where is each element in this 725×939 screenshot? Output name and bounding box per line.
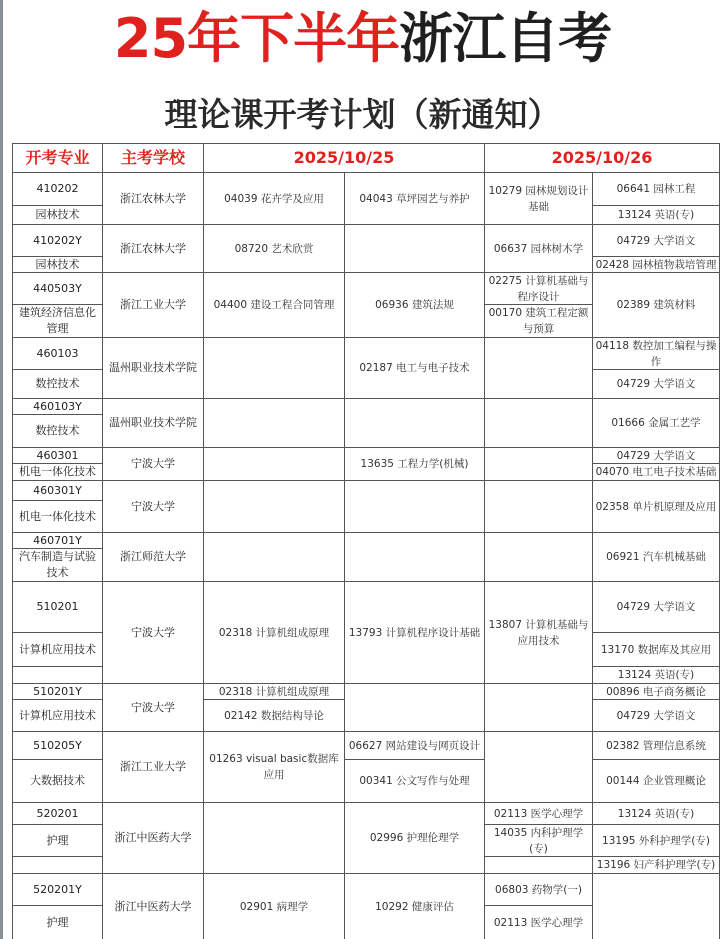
empty-cell	[592, 873, 720, 939]
empty-cell	[203, 337, 345, 399]
major-code: 510201Y	[12, 683, 103, 700]
course-cell: 10292 健康评估	[344, 873, 485, 939]
course-cell: 13170 数据库及其应用	[592, 632, 720, 667]
major-code: 460301Y	[12, 480, 103, 501]
course-cell: 02318 计算机组成原理	[203, 683, 345, 700]
major-name: 护理	[12, 824, 103, 857]
course-cell: 04070 电工电子技术基础	[592, 463, 720, 481]
school-name: 温州职业技术学院	[102, 398, 204, 448]
major-code: 510205Y	[12, 731, 103, 760]
course-cell: 02358 单片机原理及应用	[592, 480, 720, 533]
major-code: 410202Y	[12, 224, 103, 257]
empty-cell	[484, 731, 593, 803]
course-cell: 04729 大学语文	[592, 369, 720, 399]
school-name: 宁波大学	[102, 581, 204, 684]
course-cell: 14035 内科护理学(专)	[484, 824, 593, 857]
course-cell: 06641 园林工程	[592, 172, 720, 206]
course-cell: 02428 园林植物栽培管理	[592, 256, 720, 273]
major-code: 460103	[12, 337, 103, 370]
major-code: 520201	[12, 802, 103, 825]
course-cell: 02389 建筑材料	[592, 272, 720, 338]
course-cell: 02275 计算机基础与程序设计	[484, 272, 593, 305]
course-cell: 02113 医学心理学	[484, 802, 593, 825]
header-school: 主考学校	[102, 143, 204, 173]
course-cell: 13793 计算机程序设计基础	[344, 581, 485, 684]
course-cell: 13196 妇产科护理学(专)	[592, 856, 720, 874]
empty-cell	[344, 683, 485, 732]
school-name: 宁波大学	[102, 480, 204, 533]
major-name: 汽车制造与试验技术	[12, 548, 103, 582]
course-cell: 04400 建设工程合同管理	[203, 272, 345, 338]
empty-cell	[203, 480, 345, 533]
major-name: 机电一体化技术	[12, 463, 103, 481]
major-blank	[12, 856, 103, 874]
school-name: 宁波大学	[102, 683, 204, 732]
course-cell: 13635 工程力学(机械)	[344, 447, 485, 481]
major-code: 410202	[12, 172, 103, 206]
course-cell: 04118 数控加工编程与操作	[592, 337, 720, 370]
course-cell: 13124 英语(专)	[592, 666, 720, 684]
empty-cell	[344, 224, 485, 273]
school-name: 浙江中医药大学	[102, 802, 204, 874]
course-cell: 06627 网站建设与网页设计	[344, 731, 485, 760]
major-code: 510201	[12, 581, 103, 633]
school-name: 温州职业技术学院	[102, 337, 204, 399]
course-cell: 04729 大学语文	[592, 699, 720, 732]
school-name: 浙江农林大学	[102, 224, 204, 273]
major-name: 园林技术	[12, 256, 103, 273]
course-cell: 13195 外科护理学(专)	[592, 824, 720, 857]
empty-cell	[484, 856, 593, 874]
major-name: 护理	[12, 905, 103, 939]
course-cell: 04043 草坪园艺与养护	[344, 172, 485, 225]
major-blank	[12, 666, 103, 684]
course-cell: 02142 数据结构导论	[203, 699, 345, 732]
course-cell: 02187 电工与电子技术	[344, 337, 485, 399]
major-code: 460701Y	[12, 532, 103, 549]
course-cell: 00341 公文写作与处理	[344, 759, 485, 803]
major-code: 460103Y	[12, 398, 103, 415]
empty-cell	[344, 398, 485, 448]
course-cell: 06803 药物学(一)	[484, 873, 593, 906]
school-name: 浙江师范大学	[102, 532, 204, 582]
course-cell: 13807 计算机基础与应用技术	[484, 581, 593, 684]
empty-cell	[203, 532, 345, 582]
header-date-1026: 2025/10/26	[484, 143, 720, 173]
major-code: 440503Y	[12, 272, 103, 305]
course-cell: 04729 大学语文	[592, 224, 720, 257]
course-cell: 01263 visual basic数据库应用	[203, 731, 345, 803]
major-name: 计算机应用技术	[12, 699, 103, 732]
course-cell: 08720 艺术欣赏	[203, 224, 345, 273]
major-name: 计算机应用技术	[12, 632, 103, 667]
major-name: 园林技术	[12, 205, 103, 225]
major-name: 数控技术	[12, 414, 103, 448]
empty-cell	[203, 398, 345, 448]
course-cell: 06921 汽车机械基础	[592, 532, 720, 582]
empty-cell	[484, 480, 593, 533]
empty-cell	[344, 480, 485, 533]
empty-cell	[484, 337, 593, 399]
course-cell: 02382 管理信息系统	[592, 731, 720, 760]
course-cell: 04729 大学语文	[592, 581, 720, 633]
course-cell: 00144 企业管理概论	[592, 759, 720, 803]
exam-schedule-table: 开考专业 主考学校 2025/10/25 2025/10/26 410202园林…	[0, 0, 725, 939]
empty-cell	[484, 532, 593, 582]
course-cell: 06936 建筑法规	[344, 272, 485, 338]
header-date-1025: 2025/10/25	[203, 143, 485, 173]
school-name: 浙江中医药大学	[102, 873, 204, 939]
major-name: 建筑经济信息化管理	[12, 304, 103, 338]
major-code: 520201Y	[12, 873, 103, 906]
course-cell: 00170 建筑工程定额与预算	[484, 304, 593, 338]
empty-cell	[344, 532, 485, 582]
course-cell: 01666 金属工艺学	[592, 398, 720, 448]
course-cell: 02113 医学心理学	[484, 905, 593, 939]
course-cell: 13124 英语(专)	[592, 802, 720, 825]
empty-cell	[484, 683, 593, 732]
major-code: 460301	[12, 447, 103, 464]
major-name: 数控技术	[12, 369, 103, 399]
school-name: 浙江工业大学	[102, 272, 204, 338]
header-major: 开考专业	[12, 143, 103, 173]
course-cell: 10279 园林规划设计基础	[484, 172, 593, 225]
empty-cell	[203, 802, 345, 874]
course-cell: 02318 计算机组成原理	[203, 581, 345, 684]
empty-cell	[484, 398, 593, 448]
course-cell: 00896 电子商务概论	[592, 683, 720, 700]
school-name: 浙江农林大学	[102, 172, 204, 225]
school-name: 宁波大学	[102, 447, 204, 481]
major-name: 大数据技术	[12, 759, 103, 803]
course-cell: 04729 大学语文	[592, 447, 720, 464]
course-cell: 02996 护理伦理学	[344, 802, 485, 874]
course-cell: 13124 英语(专)	[592, 205, 720, 225]
course-cell: 06637 园林树木学	[484, 224, 593, 273]
empty-cell	[203, 447, 345, 481]
major-name: 机电一体化技术	[12, 500, 103, 533]
course-cell: 04039 花卉学及应用	[203, 172, 345, 225]
course-cell: 02901 病理学	[203, 873, 345, 939]
school-name: 浙江工业大学	[102, 731, 204, 803]
empty-cell	[484, 447, 593, 481]
